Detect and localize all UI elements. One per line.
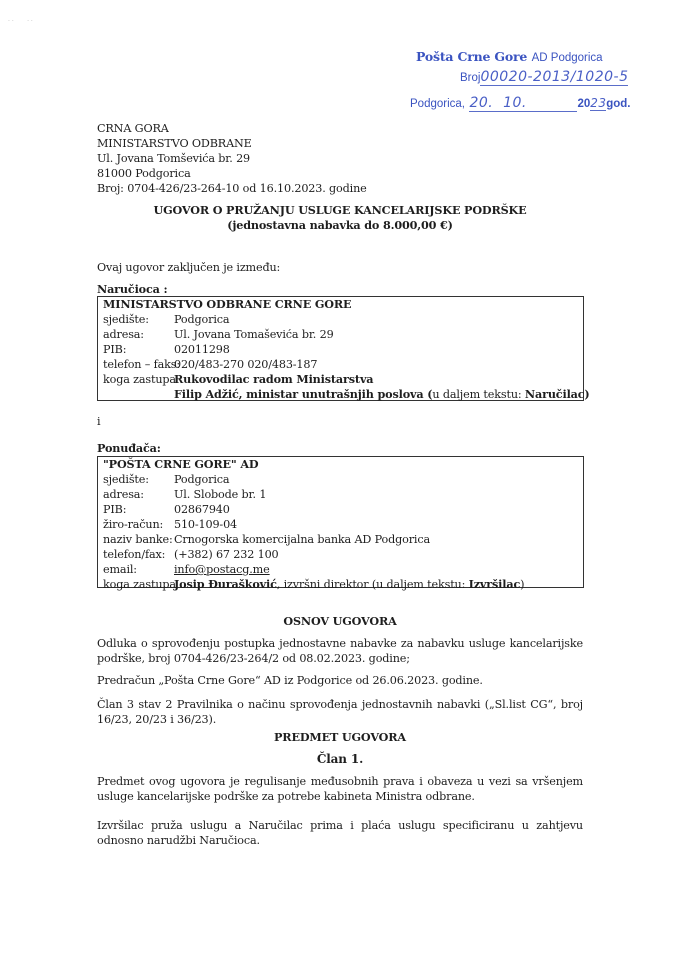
narucilac-heading: Naručioca : [97,282,167,297]
field-value: (+382) 67 232 100 [174,547,583,562]
ponudjac-row: PIB:02867940 [103,502,583,517]
stamp-brand: Pošta Crne Gore [416,49,527,64]
field-value: Ul. Jovana Tomaševića br. 29 [174,327,583,342]
osnov-paragraph-1: Odluka o sprovođenju postupka jednostavn… [97,636,583,666]
ponudjac-row: telefon/fax:(+382) 67 232 100 [103,547,583,562]
title-line-2: (jednostavna nabavka do 8.000,00 €) [97,218,583,233]
narucilac-row: telefon – faks:020/483-270 020/483-187 [103,357,583,372]
stamp-date: 20. 10. [469,95,577,112]
rep-note: , izvršni direktor (u daljem tekstu: [277,578,469,591]
osnov-paragraph-3: Član 3 stav 2 Pravilnika o načinu sprovo… [97,697,583,727]
email-link[interactable]: info@postacg.me [174,563,270,576]
stamp-year-prefix: 20 [577,98,590,110]
document-title: UGOVOR O PRUŽANJU USLUGE KANCELARIJSKE P… [97,203,583,233]
sender-line: 81000 Podgorica [97,166,367,181]
stamp-place-label: Podgorica, [410,98,465,110]
sender-line: CRNA GORA [97,121,367,136]
scan-artifact: · · · · [8,18,33,25]
stamp-god-label: god. [606,98,630,110]
sender-line: Broj: 0704-426/23-264-10 od 16.10.2023. … [97,181,367,196]
field-value: 02867940 [174,502,583,517]
field-label: telefon/fax: [103,547,174,562]
ponudjac-row: naziv banke:Crnogorska komercijalna bank… [103,532,583,547]
rep-name: Josip Đurašković [174,577,277,591]
title-line-1: UGOVOR O PRUŽANJU USLUGE KANCELARIJSKE P… [97,203,583,218]
field-label: telefon – faks: [103,357,174,372]
narucilac-name: MINISTARSTVO ODBRANE CRNE GORE [103,297,583,312]
rep-title: Rukovodilac radom Ministarstva [174,372,583,387]
field-label: adresa: [103,487,174,502]
ponudjac-row: sjedište:Podgorica [103,472,583,487]
field-value: 510-109-04 [174,517,583,532]
rep-close: ) [520,578,524,591]
ponudjac-row: email:info@postacg.me [103,562,583,577]
ponudjac-row: adresa:Ul. Slobode br. 1 [103,487,583,502]
field-label: email: [103,562,174,577]
field-value: Crnogorska komercijalna banka AD Podgori… [174,532,583,547]
predmet-heading: PREDMET UGOVORA [97,730,583,745]
osnov-paragraph-2: Predračun „Pošta Crne Gore“ AD iz Podgor… [97,673,483,688]
stamp-date-month: 10. [503,95,527,111]
stamp-suffix: AD Podgorica [532,52,603,64]
field-label: žiro-račun: [103,517,174,532]
registry-stamp: Pošta Crne Gore AD Podgorica Broj00020-2… [414,48,654,128]
field-label: PIB: [103,342,174,357]
predmet-paragraph-2: Izvršilac pruža uslugu a Naručilac prima… [97,818,583,848]
article-heading: Član 1. [97,752,583,767]
field-value: Podgorica [174,312,583,327]
rep-name: Filip Adžić, ministar unutrašnjih poslov… [174,387,432,401]
predmet-paragraph-1: Predmet ovog ugovora je regulisanje među… [97,774,583,804]
field-value: 020/483-270 020/483-187 [174,357,583,372]
stamp-date-day: 20. [469,95,493,111]
sender-line: Ul. Jovana Tomševića br. 29 [97,151,367,166]
field-label: sjedište: [103,472,174,487]
narucilac-row: PIB:02011298 [103,342,583,357]
field-label: koga zastupa [103,372,174,387]
narucilac-row: sjedište:Podgorica [103,312,583,327]
sender-block: CRNA GORA MINISTARSTVO ODBRANE Ul. Jovan… [97,121,367,196]
field-label: adresa: [103,327,174,342]
field-label: naziv banke: [103,532,174,547]
field-label: koga zastupa [103,577,174,592]
stamp-broj-value: 00020-2013/1020-5 [480,69,628,86]
sender-line: MINISTARSTVO ODBRANE [97,136,367,151]
ponudjac-row: žiro-račun:510-109-04 [103,517,583,532]
field-label: PIB: [103,502,174,517]
rep-role: Izvršilac [469,577,521,591]
ponudjac-name: "POŠTA CRNE GORE" AD [103,457,583,472]
field-value: Podgorica [174,472,583,487]
osnov-heading: OSNOV UGOVORA [97,614,583,629]
narucilac-row: Filip Adžić, ministar unutrašnjih poslov… [103,387,583,402]
narucilac-row: koga zastupaRukovodilac radom Ministarst… [103,372,583,387]
field-value: 02011298 [174,342,583,357]
ponudjac-heading: Ponuđača: [97,441,161,456]
field-label: sjedište: [103,312,174,327]
stamp-year-suffix: 23 [590,96,606,111]
rep-note: u daljem tekstu: [432,388,525,401]
narucilac-box: MINISTARSTVO ODBRANE CRNE GORE sjedište:… [97,296,584,401]
rep-role: Naručilac) [525,387,590,401]
conjunction: i [97,414,100,429]
intro-text: Ovaj ugovor zaključen je između: [97,260,280,275]
narucilac-row: adresa:Ul. Jovana Tomaševića br. 29 [103,327,583,342]
field-value: Ul. Slobode br. 1 [174,487,583,502]
ponudjac-row: koga zastupaJosip Đurašković, izvršni di… [103,577,583,592]
ponudjac-box: "POŠTA CRNE GORE" AD sjedište:Podgorica … [97,456,584,588]
stamp-broj-label: Broj [460,72,480,84]
